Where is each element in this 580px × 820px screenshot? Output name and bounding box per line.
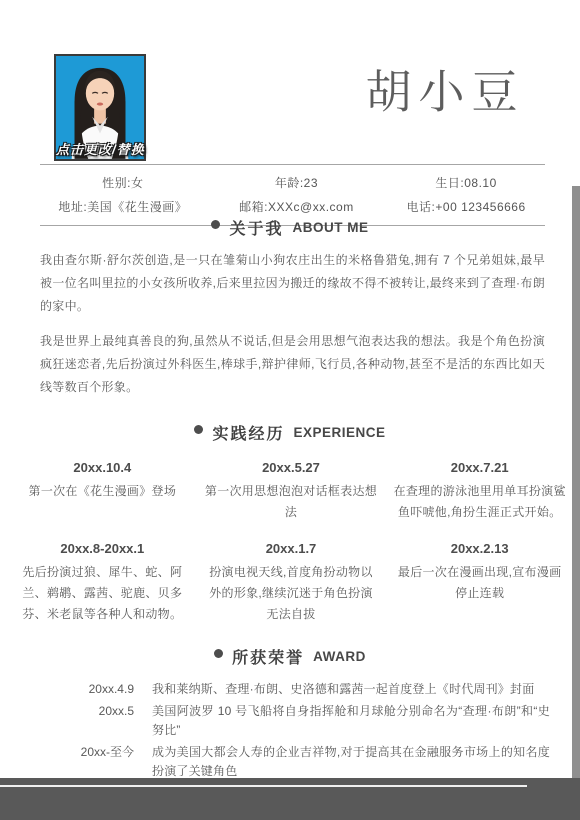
section-subtitle-about: ABOUT ME: [293, 220, 369, 235]
about-paragraph-1: 我由查尔斯·舒尔茨创造,是一只在雏菊山小狗农庄出生的米格鲁猎兔,拥有 7 个兄弟…: [40, 249, 545, 318]
experience-date: 20xx.10.4: [16, 460, 189, 475]
experience-desc: 第一次用思想泡泡对话框表达想法: [205, 481, 378, 523]
section-title-experience: 实践经历: [212, 421, 284, 444]
award-row: 20xx.4.9 我和莱纳斯、查理·布朗、史洛德和露茜一起首度登上《时代周刊》封…: [28, 680, 550, 699]
experience-entry: 20xx.2.13 最后一次在漫画出现,宣布漫画停止连载: [393, 541, 566, 625]
award-desc: 成为美国大都会人寿的企业吉祥物,对于提高其在金融服务市场上的知名度扮演了关键角色: [152, 743, 550, 781]
experience-desc: 第一次在《花生漫画》登场: [16, 481, 189, 502]
experience-date: 20xx.5.27: [205, 460, 378, 475]
experience-desc: 先后扮演过狼、犀牛、蛇、阿兰、鹈鹕、露茜、驼鹿、贝多芬、米老鼠等各种人和动物。: [16, 562, 189, 625]
section-subtitle-experience: EXPERIENCE: [293, 425, 385, 440]
footer-divider-line: [0, 785, 527, 787]
experience-grid: 20xx.10.4 第一次在《花生漫画》登场 20xx.5.27 第一次用思想泡…: [16, 460, 566, 625]
section-header-experience: 实践经历 EXPERIENCE: [0, 421, 580, 444]
resume-body: 关于我 ABOUT ME 我由查尔斯·舒尔茨创造,是一只在雏菊山小狗农庄出生的米…: [0, 0, 580, 820]
footer-band: [0, 778, 580, 820]
award-desc: 美国阿波罗 10 号飞船将自身指挥舱和月球舱分别命名为“查理·布朗”和“史努比”: [152, 702, 550, 740]
bullet-icon: [211, 220, 220, 229]
experience-date: 20xx.2.13: [393, 541, 566, 556]
award-date: 20xx.4.9: [28, 680, 134, 699]
experience-date: 20xx.8-20xx.1: [16, 541, 189, 556]
award-row: 20xx-至今 成为美国大都会人寿的企业吉祥物,对于提高其在金融服务市场上的知名…: [28, 743, 550, 781]
about-paragraph-2: 我是世界上最纯真善良的狗,虽然从不说话,但是会用思想气泡表达我的想法。我是个角色…: [40, 330, 545, 399]
right-accent-strip: [572, 186, 580, 820]
experience-desc: 扮演电视天线,首度角扮动物以外的形象,继续沉迷于角色扮演无法自拔: [205, 562, 378, 625]
experience-entry: 20xx.1.7 扮演电视天线,首度角扮动物以外的形象,继续沉迷于角色扮演无法自…: [205, 541, 378, 625]
experience-entry: 20xx.5.27 第一次用思想泡泡对话框表达想法: [205, 460, 378, 523]
resume-page: 点击更改/替换 胡小豆 性别:女 年龄:23 生日:08.10 地址:美国《花生…: [0, 0, 580, 820]
section-title-award: 所获荣誉: [232, 645, 304, 668]
award-date: 20xx.5: [28, 702, 134, 740]
section-title-about: 关于我: [229, 216, 283, 239]
award-date: 20xx-至今: [28, 743, 134, 781]
experience-desc: 最后一次在漫画出现,宣布漫画停止连载: [393, 562, 566, 604]
bullet-icon: [214, 649, 223, 658]
award-desc: 我和莱纳斯、查理·布朗、史洛德和露茜一起首度登上《时代周刊》封面: [152, 680, 550, 699]
section-header-about: 关于我 ABOUT ME: [0, 216, 580, 239]
experience-desc: 在查理的游泳池里用单耳扮演鲨鱼吓唬他,角扮生涯正式开始。: [393, 481, 566, 523]
section-subtitle-award: AWARD: [313, 649, 366, 664]
experience-entry: 20xx.8-20xx.1 先后扮演过狼、犀牛、蛇、阿兰、鹈鹕、露茜、驼鹿、贝多…: [16, 541, 189, 625]
award-row: 20xx.5 美国阿波罗 10 号飞船将自身指挥舱和月球舱分别命名为“查理·布朗…: [28, 702, 550, 740]
bullet-icon: [194, 425, 203, 434]
experience-date: 20xx.7.21: [393, 460, 566, 475]
section-header-award: 所获荣誉 AWARD: [0, 645, 580, 668]
experience-entry: 20xx.7.21 在查理的游泳池里用单耳扮演鲨鱼吓唬他,角扮生涯正式开始。: [393, 460, 566, 523]
experience-date: 20xx.1.7: [205, 541, 378, 556]
experience-entry: 20xx.10.4 第一次在《花生漫画》登场: [16, 460, 189, 523]
